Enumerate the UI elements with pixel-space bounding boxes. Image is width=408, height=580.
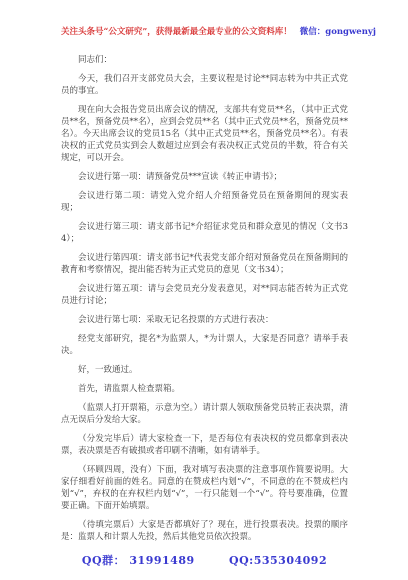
document-body: 同志们：今天，我们召开支部党员大会，主要议程是讨论**同志转为中共正式党员的事宜… (61, 54, 348, 543)
paragraph: （待填完票后）大家是否都填好了？现在，进行投票表决。投票的顺序是：监票人和计票人… (61, 519, 348, 543)
document-page: 关注头条号“公文研究”，获得最新最全最专业的公文资料库！ 微信：gongweny… (0, 0, 408, 580)
qq-number-contact: QQ:535304092 (229, 554, 327, 567)
paragraph: 首先，请监票人检查票箱。 (61, 383, 348, 395)
paragraph: 同志们： (61, 54, 348, 66)
wechat-contact: 微信：gongwenyj (300, 27, 376, 37)
paragraph: 好，一致通过。 (61, 364, 348, 376)
paragraph: 会议进行第二项：请党入党介绍人介绍预备党员在预备期间的现实表现； (61, 190, 348, 214)
qq-group-contact: QQ群： 31991489 (82, 554, 195, 567)
paragraph: 会议进行第四项：请支部书记*代表党支部介绍对预备党员在预备期间的教育和考察情况，… (61, 252, 348, 276)
paragraph: （环顾四周，没有）下面，我对填写表决票的注意事项作简要说明。大家仔细看好前面的姓… (61, 464, 348, 512)
paragraph: 经党支部研究，提名*为监票人，*为计票人，大家是否同意？请举手表决。 (61, 333, 348, 357)
paragraph: （监票人打开票箱，示意为空。）请计票人领取预备党员转正表决票，清点无误后分发给大… (61, 402, 348, 426)
paragraph: （分发完毕后）请大家检查一下，是否每位有表决权的党员都拿到表决票，表决票是否有破… (61, 433, 348, 457)
header-promo: 关注头条号“公文研究”，获得最新最全最专业的公文资料库！ 微信：gongweny… (61, 26, 348, 38)
paragraph: 会议进行第五项：请与会党员充分发表意见，对**同志能否转为正式党员进行讨论； (61, 283, 348, 307)
paragraph: 会议进行第三项：请支部书记*介绍征求党员和群众意见的情况（文书34）； (61, 221, 348, 245)
paragraph: 会议进行第七项：采取无记名投票的方式进行表决： (61, 314, 348, 326)
paragraph: 今天，我们召开支部党员大会，主要议程是讨论**同志转为中共正式党员的事宜。 (61, 73, 348, 97)
footer-contacts: QQ群： 31991489 QQ:535304092 (61, 552, 348, 568)
paragraph: 现在向大会报告党员出席会议的情况，支部共有党员**名，（其中正式党员**名，预备… (61, 104, 348, 164)
paragraph: 会议进行第一项：请预备党员***宣读《转正申请书》； (61, 171, 348, 183)
promo-text: 关注头条号“公文研究”，获得最新最全最专业的公文资料库！ (61, 27, 292, 37)
